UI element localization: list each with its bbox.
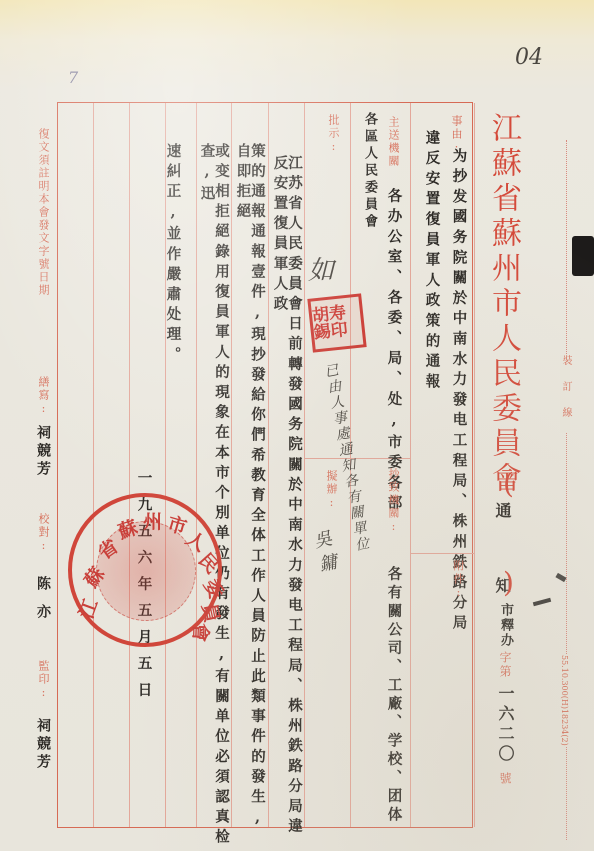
left-pencil-mark: 7 [68, 68, 78, 87]
subject-line-1: 为抄发國务院關於中南水力發电工程局、株州鉄路分局 [451, 148, 466, 635]
attachment-label: 附件: [453, 560, 464, 601]
body-column-4: 速糾正,並作嚴肅处理。 [165, 143, 180, 367]
section-rule [410, 553, 474, 554]
column-rule [268, 103, 269, 827]
cc-label: 抄致機關: [388, 468, 399, 535]
subject-line-2: 違反安置復員軍人政策的通報 [424, 130, 439, 394]
body-column-1: 江苏省人民委員會日前轉發國务院關於中南水力發电工程局、株州鉄路分局違反安置復員軍… [272, 155, 301, 851]
doc-type-close-paren: ) [494, 566, 522, 599]
seal-char: 蘇 [114, 513, 140, 545]
column-rule [196, 103, 197, 827]
seal-char: 民 [193, 546, 226, 578]
column-rule [129, 103, 130, 827]
column-rule [410, 103, 411, 827]
binding-label: 裝訂線 [560, 355, 570, 433]
doc-number-prefix: 市釋办 [499, 603, 512, 648]
reply-note: 復文須註明本會發文字號日期 [38, 128, 49, 297]
seal-char: 蘇 [77, 561, 110, 593]
column-rule [93, 103, 94, 827]
cc-text: 各有關公司、工廠、学校、团体 [386, 566, 401, 825]
seal-supervisor-label: 監印: [38, 660, 49, 701]
doc-number-label: 字第 [499, 651, 511, 679]
form-frame [57, 102, 473, 828]
subject-label: 事由: [451, 115, 462, 156]
seal-char: 員 [196, 600, 226, 624]
column-rule [350, 103, 351, 827]
approval-remark-handwriting: 已由人事處通知各有關單位 [322, 362, 369, 554]
drafter-label: 擬辦: [326, 470, 337, 511]
recipients-label: 主送機關 [388, 116, 399, 168]
print-code: 55.10.300(H)18234(2) [560, 655, 568, 746]
seal-char: 江 [72, 595, 104, 622]
body-column-3: 或变相拒絕錄用復員軍人的現象在本市个別单位仍有發生,有關单位必須認真检查,迅 [199, 143, 228, 851]
paper-damage [555, 573, 566, 582]
section-rule [350, 458, 410, 459]
round-official-seal: 江 蘇 省 蘇 州 市 人 民 委 員 會 [68, 493, 222, 647]
seal-char: 市 [165, 509, 191, 540]
approval-handwriting: 如 [308, 250, 334, 287]
doc-number-suffix: 號 [499, 772, 511, 786]
scribe-label: 繕寫: [38, 376, 49, 417]
section-rule [304, 458, 410, 459]
square-seal: 胡寿 錫印 [307, 293, 366, 352]
document-paper: 04 7 裝訂線 55.10.300(H)18234(2) 復文須註明本會發文字… [0, 0, 594, 851]
body-column-2: 策的通報通報壹件,現抄發給你們希教育全体工作人員防止此類事件的發生,自即拒絕 [235, 143, 264, 851]
scribe-name: 祠競芳 [36, 425, 50, 479]
doc-type: 通 知 [494, 502, 510, 613]
doc-type-open-paren: ( [494, 467, 522, 500]
issuer-title: 江蘇省蘇州市人民委員會 [488, 112, 518, 497]
paper-damage [533, 598, 551, 607]
approval-label: 批示: [328, 114, 339, 155]
proofread-name: 陈亦 [36, 576, 50, 632]
seal-char: 委 [198, 574, 231, 603]
column-rule [304, 103, 305, 827]
seal-supervisor-name: 祠競芳 [36, 718, 50, 772]
seal-emblem [96, 521, 196, 621]
doc-number: 一六二〇 [497, 685, 513, 765]
issue-date: 一九五六年五月五日 [136, 470, 151, 709]
recipients-line-2: 各區人民委員會 [363, 112, 376, 231]
seal-char: 會 [188, 623, 216, 643]
seal-char: 人 [181, 524, 211, 557]
binding-line [566, 140, 567, 840]
binding-hole [572, 236, 594, 276]
proofread-label: 校對: [38, 513, 49, 554]
corner-handwritten-mark: 04 [515, 45, 543, 70]
column-rule [165, 103, 166, 827]
column-rule [474, 103, 475, 827]
drafter-handwriting: 吳鏞 [310, 529, 338, 580]
column-rule [231, 103, 232, 827]
recipients-line-1: 各办公室、各委、局、处,市委各部 [386, 188, 401, 515]
seal-char: 州 [143, 507, 162, 534]
seal-char: 省 [92, 532, 123, 565]
